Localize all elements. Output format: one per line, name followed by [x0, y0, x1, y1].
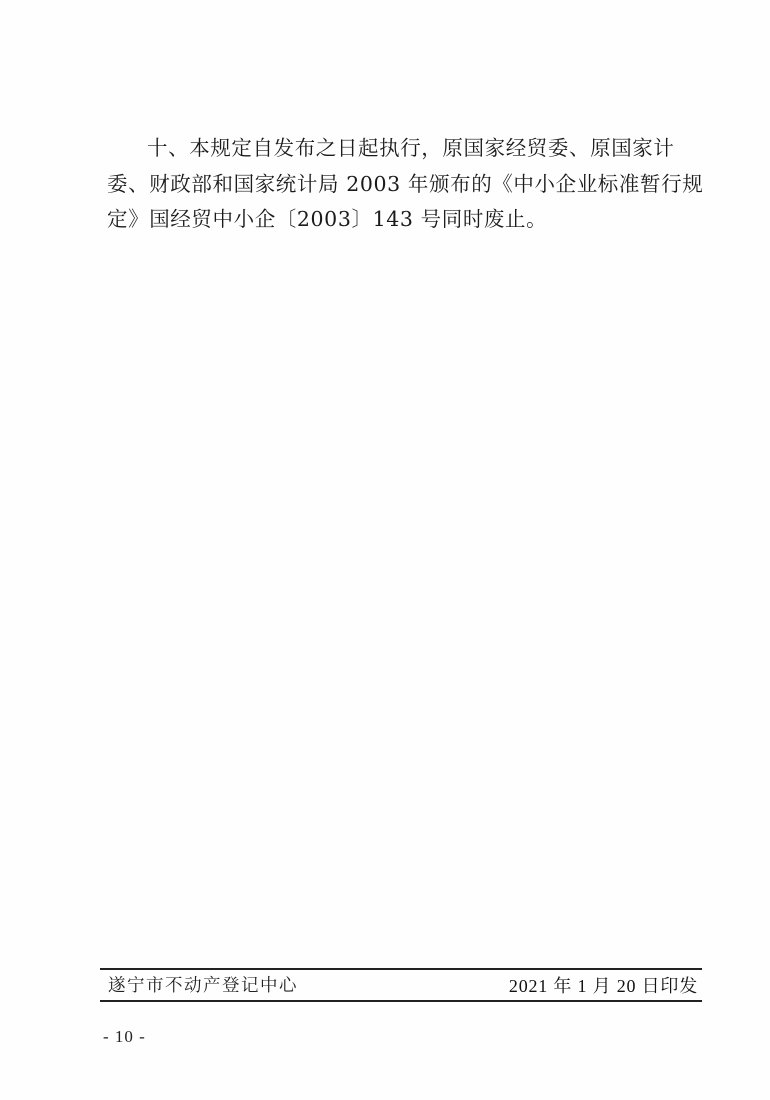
- paragraph-line-1: 十、本规定自发布之日起执行，原国家经贸委、原国家计: [107, 131, 699, 167]
- paragraph-line-1-text: 十、本规定自发布之日起执行，原国家经贸委、原国家计: [147, 136, 675, 160]
- footer-top-rule: [100, 968, 702, 970]
- paragraph-line-2: 委、财政部和国家统计局 2003 年颁布的《中小企业标准暂行规: [107, 167, 699, 203]
- clause-ten-paragraph: 十、本规定自发布之日起执行，原国家经贸委、原国家计 委、财政部和国家统计局 20…: [107, 131, 699, 238]
- issuer-name: 遂宁市不动产登记中心: [108, 972, 298, 997]
- document-page: 十、本规定自发布之日起执行，原国家经贸委、原国家计 委、财政部和国家统计局 20…: [0, 0, 770, 1100]
- page-number: - 10 -: [103, 1027, 146, 1047]
- issue-date: 2021 年 1 月 20 日印发: [509, 972, 698, 998]
- footer-bottom-rule: [100, 1000, 702, 1002]
- paragraph-line-3: 定》国经贸中小企〔2003〕143 号同时废止。: [107, 202, 699, 238]
